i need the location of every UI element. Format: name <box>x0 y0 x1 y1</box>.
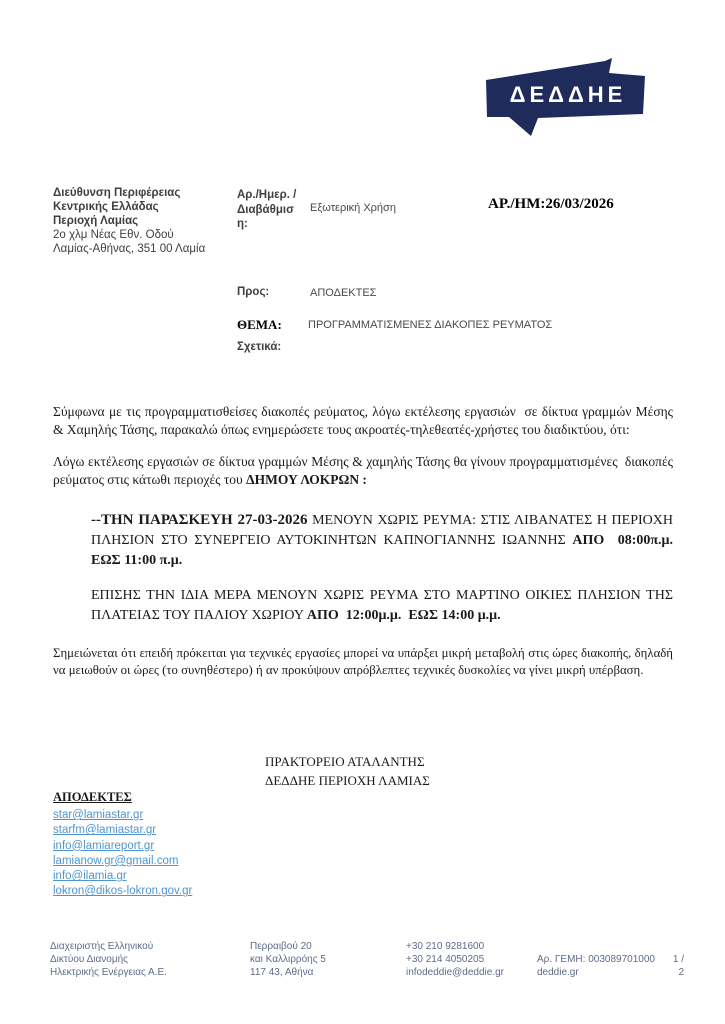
recipients-email-list: star@lamiastar.gr starfm@lamiastar.gr in… <box>53 808 192 900</box>
page-number-current: 1 / <box>660 953 684 966</box>
footer-address: Περραιβού 20 και Καλλιρρόης 5 117 43, Αθ… <box>250 940 390 979</box>
footer-registry: Αρ. ΓΕΜΗ: 003089701000 deddie.gr <box>537 940 662 979</box>
subject-value: ΠΡΟΓΡΑΜΜΑΤΙΣΜΕΝΕΣ ΔΙΑΚΟΠΕΣ ΡΕΥΜΑΤΟΣ <box>308 319 552 331</box>
footer-phone-1: +30 210 9281600 <box>406 940 536 953</box>
page-number: 1 / 2 <box>660 940 684 979</box>
email-link[interactable]: lokron@dikos-lokron.gov.gr <box>53 884 192 899</box>
email-link[interactable]: info@lamiareport.gr <box>53 839 192 854</box>
footer-phone-2: +30 214 4050205 <box>406 953 536 966</box>
footer-company-line: Διαχειριστής Ελληνικού <box>50 940 230 953</box>
email-link[interactable]: starfm@lamiastar.gr <box>53 823 192 838</box>
municipality-paragraph: Λόγω εκτέλεσης εργασιών σε δίκτυα γραμμώ… <box>53 453 673 489</box>
footer-address-line: και Καλλιρρόης 5 <box>250 953 390 966</box>
footer-website: deddie.gr <box>537 966 662 979</box>
email-link[interactable]: lamianow.gr@gmail.com <box>53 854 192 869</box>
email-link[interactable]: star@lamiastar.gr <box>53 808 192 823</box>
email-link[interactable]: info@ilamia.gr <box>53 869 192 884</box>
related-label: Σχετικά: <box>237 341 281 353</box>
outage-1-date: --ΤΗΝ ΠΑΡΑΣΚΕΥΗ 27-03-2026 <box>91 512 307 528</box>
footer-address-line: 117 43, Αθήνα <box>250 966 390 979</box>
footer-company-line: Δικτύου Διανομής <box>50 953 230 966</box>
municipality-name: ΔΗΜΟΥ ΛΟΚΡΩΝ : <box>246 472 367 487</box>
protocol-number: ΑΡ./ΗΜ:26/03/2026 <box>488 196 614 213</box>
sender-region: Κεντρικής Ελλάδας <box>53 200 243 214</box>
to-value: ΑΠΟΔΕΚΤΕΣ <box>310 287 376 299</box>
to-label: Προς: <box>237 286 269 298</box>
outage-2-time: ΑΠΟ 12:00μ.μ. ΕΩΣ 14:00 μ.μ. <box>307 608 501 623</box>
footer-email: infodeddie@deddie.gr <box>406 966 536 979</box>
signature-agency: ΠΡΑΚΤΟΡΕΙΟ ΑΤΑΛΑΝΤΗΣ <box>265 752 430 771</box>
footer-address-line: Περραιβού 20 <box>250 940 390 953</box>
signature-block: ΠΡΑΚΤΟΡΕΙΟ ΑΤΑΛΑΝΤΗΣ ΔΕΔΔΗΕ ΠΕΡΙΟΧΗ ΛΑΜΙ… <box>265 752 430 790</box>
outage-1-paragraph: --ΤΗΝ ΠΑΡΑΣΚΕΥΗ 27-03-2026 ΜΕΝΟΥΝ ΧΩΡΙΣ … <box>91 510 673 571</box>
sender-street: 2ο χλμ Νέας Εθν. Οδού <box>53 228 243 242</box>
intro-paragraph-text: Σύμφωνα με τις προγραμματισθείσες διακοπ… <box>53 404 676 437</box>
sender-area: Περιοχή Λαμίας <box>53 214 243 228</box>
ref-classification-label: Αρ./Ημερ. / Διαβάθμιση: <box>237 188 297 232</box>
classification-value: Εξωτερική Χρήση <box>310 202 396 214</box>
recipients-title: ΑΠΟΔΕΚΤΕΣ <box>53 790 132 805</box>
outage-2-paragraph: ΕΠΙΣΗΣ ΤΗΝ ΙΔΙΑ ΜΕΡΑ ΜΕΝΟΥΝ ΧΩΡΙΣ ΡΕΥΜΑ … <box>91 586 673 626</box>
note-paragraph-text: Σημειώνεται ότι επειδή πρόκειται για τεχ… <box>53 646 676 677</box>
intro-paragraph: Σύμφωνα με τις προγραμματισθείσες διακοπ… <box>53 403 673 439</box>
letter-body: Σύμφωνα με τις προγραμματισθείσες διακοπ… <box>53 403 673 678</box>
deddie-logo-text: ΔΕΔΔΗΕ <box>494 82 642 108</box>
footer-company-line: Ηλεκτρικής Ενέργειας Α.Ε. <box>50 966 230 979</box>
page-number-total: 2 <box>660 966 684 979</box>
footer-contact: +30 210 9281600 +30 214 4050205 infodedd… <box>406 940 536 979</box>
subject-label: ΘΕΜΑ: <box>237 317 282 333</box>
sender-address-block: Διεύθυνση Περιφέρειας Κεντρικής Ελλάδας … <box>53 186 243 256</box>
deddie-logo: ΔΕΔΔΗΕ <box>486 58 648 138</box>
sender-city: Λαμίας-Αθήνας, 351 00 Λαμία <box>53 242 243 256</box>
document-page: ΔΕΔΔΗΕ Διεύθυνση Περιφέρειας Κεντρικής Ε… <box>0 0 725 1024</box>
sender-directorate: Διεύθυνση Περιφέρειας <box>53 186 243 200</box>
footer-gemi-number: Αρ. ΓΕΜΗ: 003089701000 <box>537 953 662 966</box>
note-paragraph: Σημειώνεται ότι επειδή πρόκειται για τεχ… <box>53 645 673 678</box>
footer-company: Διαχειριστής Ελληνικού Δικτύου Διανομής … <box>50 940 230 979</box>
signature-region: ΔΕΔΔΗΕ ΠΕΡΙΟΧΗ ΛΑΜΙΑΣ <box>265 771 430 790</box>
